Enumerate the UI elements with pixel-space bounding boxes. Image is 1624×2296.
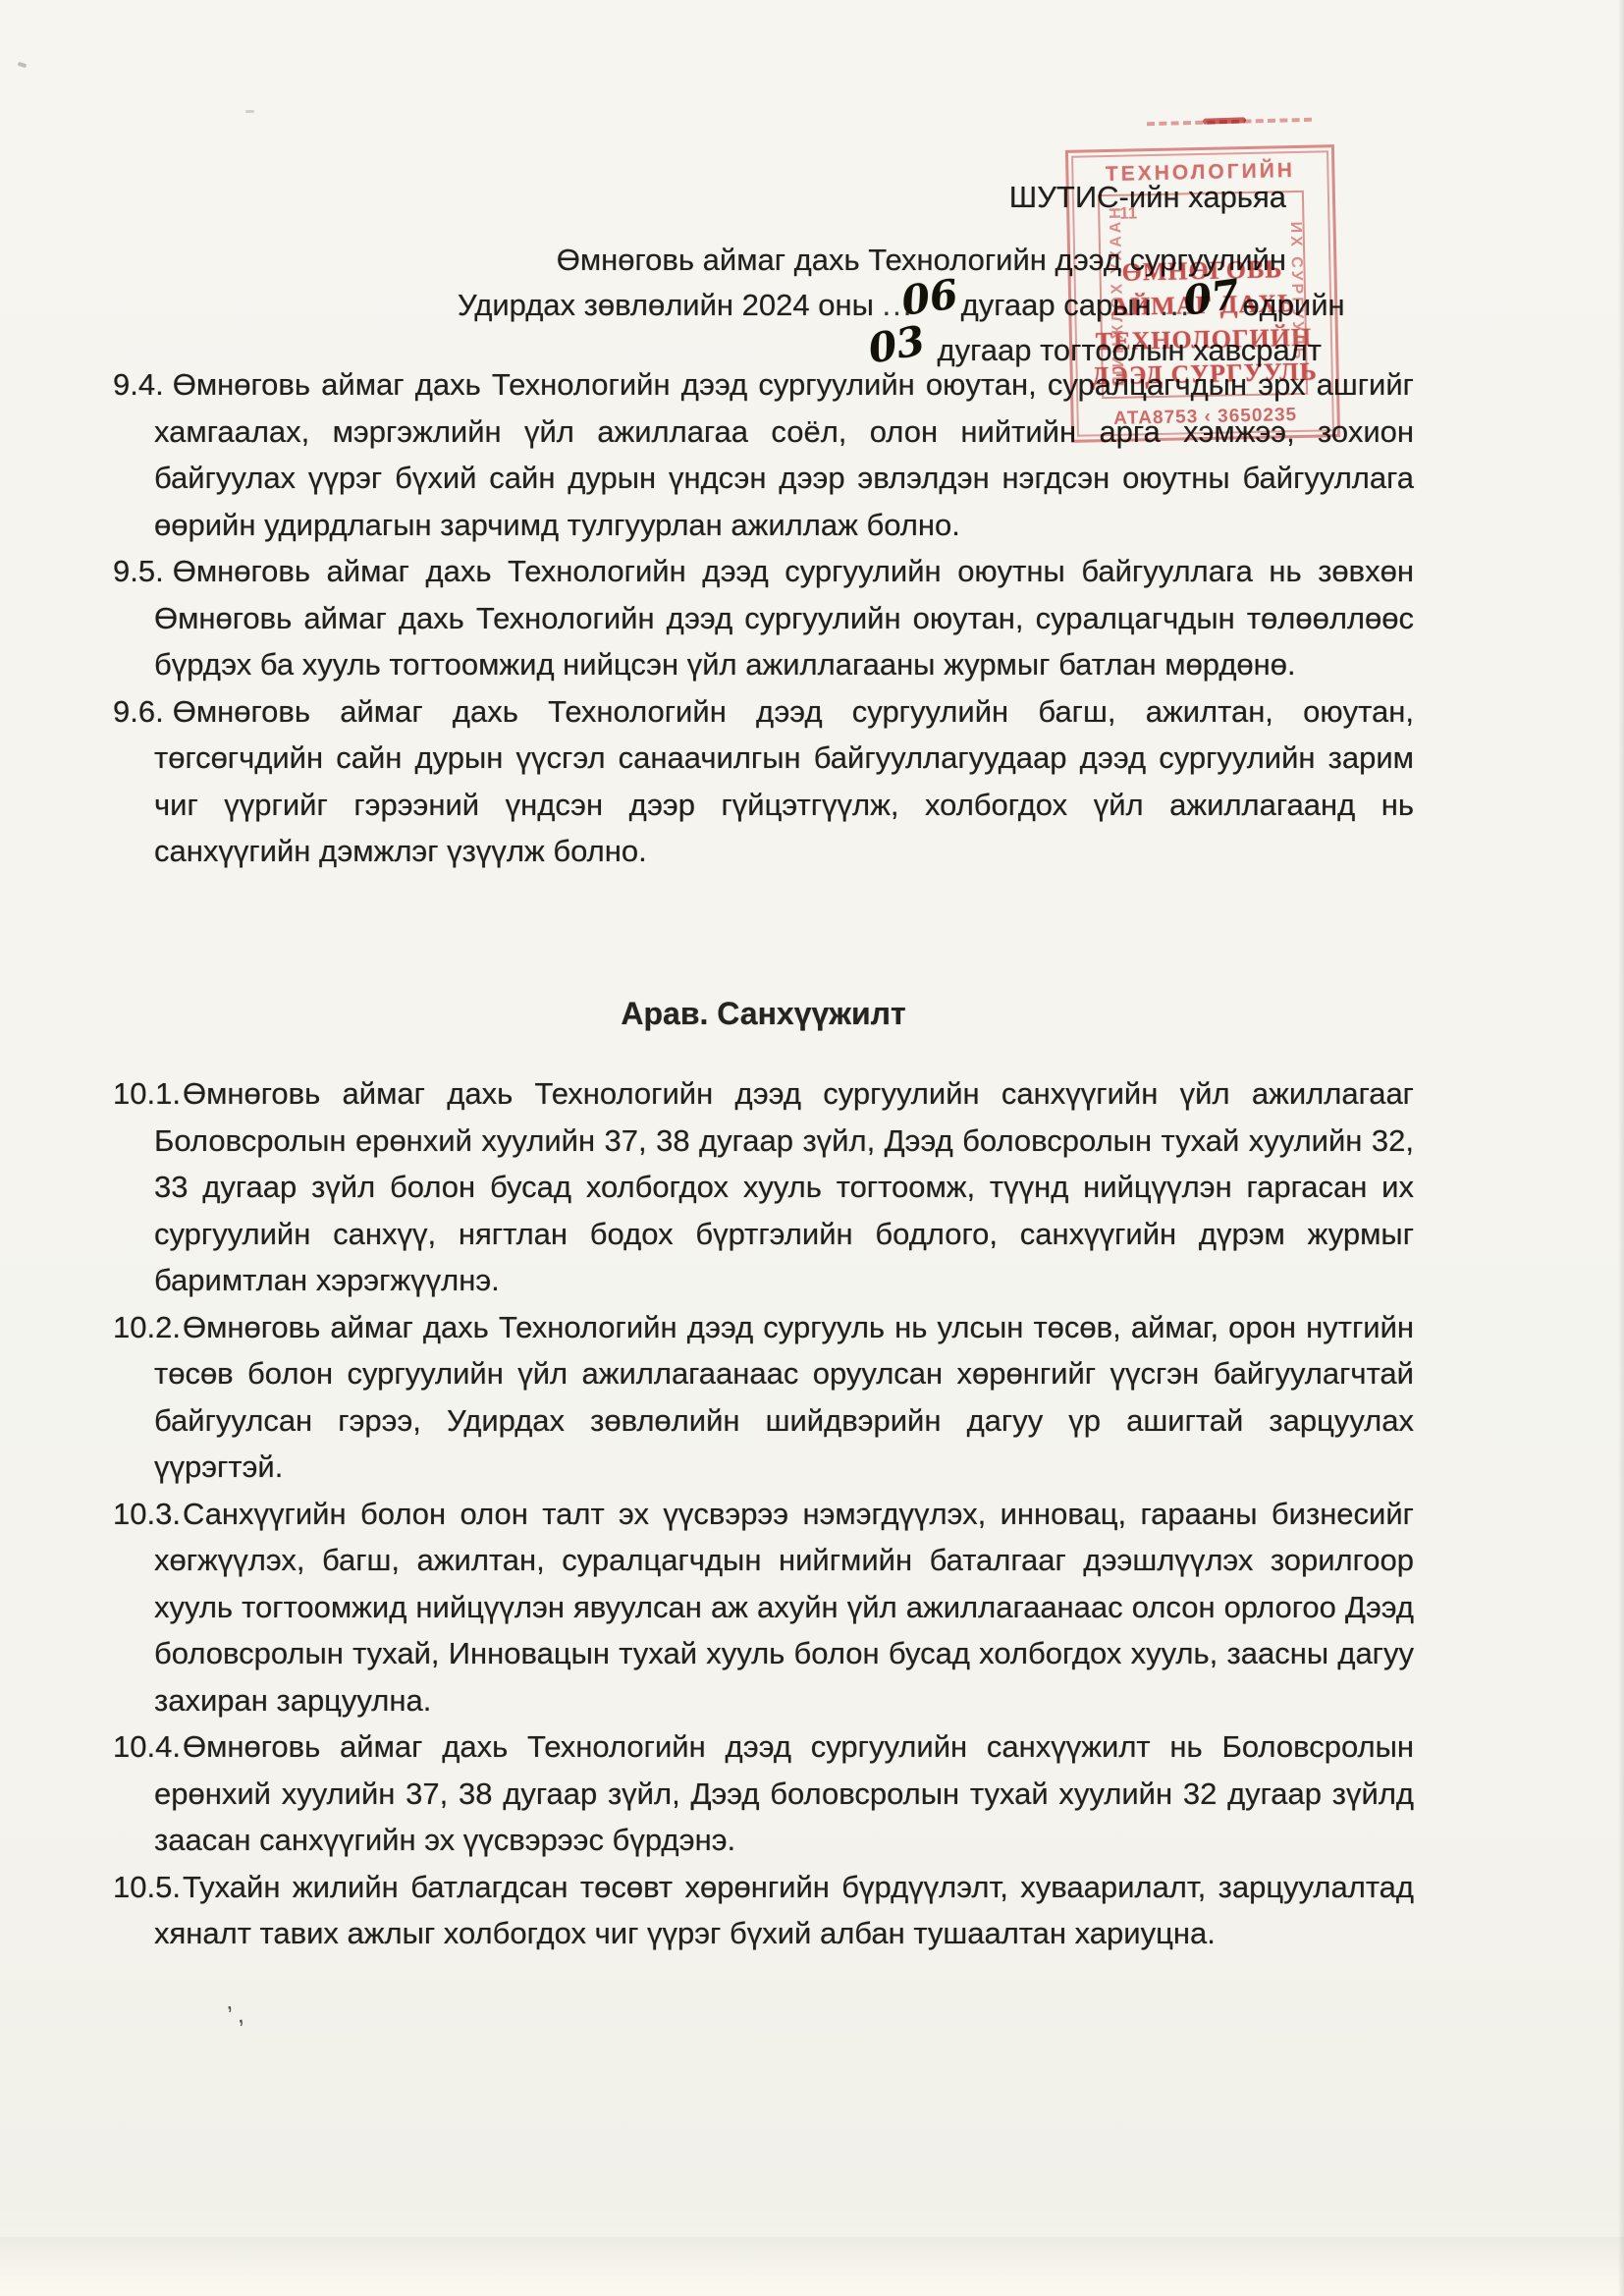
paragraph-number: 10.4. [113,1729,181,1764]
paragraph-10-2: 10.2.Өмнөговь аймаг дахь Технологийн дээ… [113,1304,1414,1491]
header-line-affiliation: ШУТИС-ийн харьяа [458,175,1322,220]
date-mid-text: дугаар сарын [961,288,1152,322]
paragraph-9-5: 9.5.Өмнөговь аймаг дахь Технологийн дээд… [113,548,1414,688]
paragraph-text: Өмнөговь аймаг дахь Технологийн дээд сур… [154,1729,1414,1857]
handwritten-month: 06 [900,279,960,316]
paragraph-text: Өмнөговь аймаг дахь Технологийн дээд сур… [154,1310,1414,1485]
paragraph-number: 10.5. [113,1870,181,1904]
paragraph-10-5: 10.5.Тухайн жилийн батлагдсан төсөвт хөр… [113,1864,1414,1957]
affiliation-text: ШУТИС-ийн харьяа [1009,180,1286,214]
pen-mark: ’, [226,1998,248,2031]
paragraph-number: 9.6. [113,694,164,729]
paragraph-text: Тухайн жилийн батлагдсан төсөвт хөрөнгий… [154,1870,1414,1951]
date-prefix-text: Удирдах зөвлөлийн 2024 оны [458,288,874,322]
paragraph-10-4: 10.4.Өмнөговь аймаг дахь Технологийн дээ… [113,1723,1414,1864]
paragraph-text: Санхүүгийн болон олон талт эх үүсвэрээ н… [154,1497,1414,1718]
school-name-text: Өмнөговь аймаг дахь Технологийн дээд сур… [557,243,1286,277]
paragraph-number: 9.4. [113,367,164,402]
paragraph-text: Өмнөговь аймаг дахь Технологийн дээд сур… [154,367,1414,542]
date-suffix-text: өдрийн [1242,288,1344,322]
paragraph-9-6: 9.6.Өмнөговь аймаг дахь Технологийн дээд… [113,688,1414,875]
section-10-list: 10.1.Өмнөговь аймаг дахь Технологийн дээ… [113,1070,1414,1957]
paragraph-9-4: 9.4.Өмнөговь аймаг дахь Технологийн дээд… [113,361,1414,548]
paragraph-text: Өмнөговь аймаг дахь Технологийн дээд сур… [154,554,1414,682]
paragraph-number: 9.5. [113,554,164,588]
scan-artifact-dash [245,110,254,113]
paragraph-text: Өмнөговь аймаг дахь Технологийн дээд сур… [154,694,1414,869]
document-header: ШУТИС-ийн харьяа Өмнөговь аймаг дахь Тех… [458,175,1322,373]
paragraph-number: 10.1. [113,1076,181,1111]
scan-edge-shading [0,2237,1624,2282]
paragraph-10-1: 10.1.Өмнөговь аймаг дахь Технологийн дээ… [113,1070,1414,1304]
paragraph-number: 10.3. [113,1497,181,1531]
handwritten-day: 07 [1181,279,1241,316]
section-9-list: 9.4.Өмнөговь аймаг дахь Технологийн дээд… [113,361,1414,875]
paragraph-10-3: 10.3.Санхүүгийн болон олон талт эх үүсвэ… [113,1491,1414,1724]
handwritten-appendix-number: 03 [866,325,926,363]
scan-artifact-dot [18,62,27,69]
scanned-document-page: ШУТИС-ийн харьяа Өмнөговь аймаг дахь Тех… [0,0,1624,2296]
paragraph-text: Өмнөговь аймаг дахь Технологийн дээд сур… [154,1076,1414,1297]
section-10-title: Арав. Санхүүжилт [113,996,1414,1032]
paragraph-number: 10.2. [113,1310,181,1344]
